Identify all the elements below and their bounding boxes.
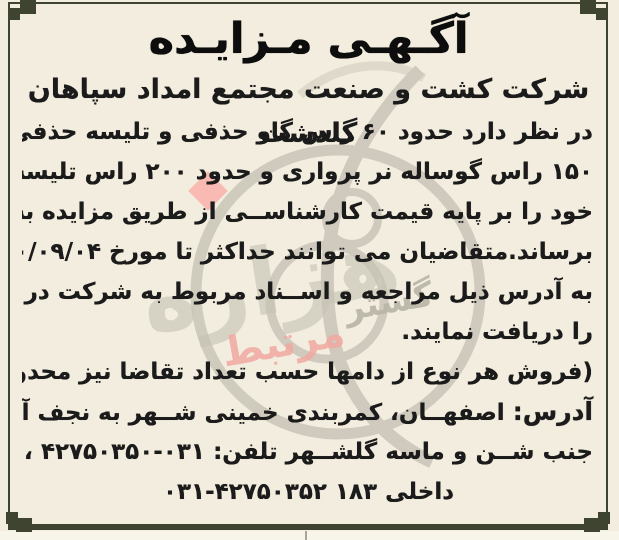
address-line-1: آدرس: اصفهــان، کمربندی خمینی شــهر به ن… <box>22 392 595 432</box>
corner-ornament-icon <box>576 0 610 26</box>
corner-ornament-icon <box>6 0 40 26</box>
address-text: اصفهــان، کمربندی خمینی شــهر به نجف آبا… <box>22 400 505 426</box>
phone-line: ۰۳۱-۴۲۷۵۰۳۵۲ داخلی ۱۸۳ <box>22 472 595 512</box>
ad-body-line: در نظر دارد حدود ۶۰ راس گاو حذفی و تلیسه… <box>22 112 595 152</box>
company-name: شرکت کشت و صنعت مجتمع امداد سپاهان گلدشت <box>22 68 595 112</box>
page-margin-strip <box>0 531 619 540</box>
address-line-2: جنب شــن و ماسه گلشــهر تلفن: ۰۳۱-۴۲۷۵۰۳… <box>22 432 595 472</box>
ad-body-line: خود را بر پایه قیمت کارشناســی از طریق م… <box>22 192 595 232</box>
ad-body-line: به آدرس ذیل مراجعه و اســناد مربوط به شر… <box>22 272 595 312</box>
ad-body-line: برساند.متقاضیان می توانند حداکثر تا مورخ… <box>22 232 595 272</box>
ad-body-line: ۱۵۰ راس گوساله نر پرواری و حدود ۲۰۰ راس … <box>22 152 595 192</box>
note-line: (فروش هر نوع از دامها حسب تعداد تقاضا نی… <box>22 352 595 392</box>
ad-body-line: را دریافت نمایند. <box>22 312 595 352</box>
address-label: آدرس: <box>513 397 593 426</box>
corner-ornament-icon <box>576 506 610 532</box>
ad-title: آگـهـی مـزایـده <box>22 10 595 68</box>
column-rule <box>305 531 307 540</box>
newspaper-ad-page: هزاره گستر مرتبط آگـهـی مـزایـده شرکت کش… <box>0 0 619 540</box>
corner-ornament-icon <box>6 506 40 532</box>
ad-content: آگـهـی مـزایـده شرکت کشت و صنعت مجتمع ام… <box>22 0 595 512</box>
